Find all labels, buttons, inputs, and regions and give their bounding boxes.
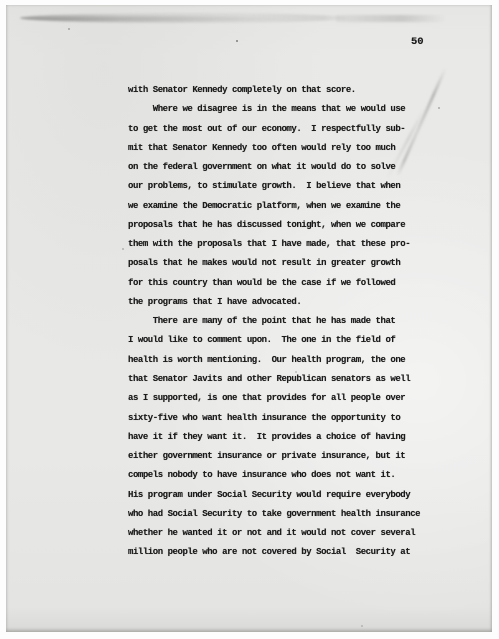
scan-speck [438,107,440,109]
text-line: sixty-five who want health insurance the… [128,409,420,428]
text-line: proposals that he has discussed tonight,… [128,216,420,235]
text-line: mit that Senator Kennedy too often would… [128,139,420,158]
text-line: for this country than would be the case … [128,274,420,293]
page-number: 50 [411,36,424,48]
text-line: compels nobody to have insurance who doe… [128,466,420,485]
text-line: that Senator Javits and other Republican… [128,370,420,389]
text-line: health is worth mentioning. Our health p… [128,351,420,370]
scan-speck [361,625,363,627]
text-line: on the federal government on what it wou… [128,158,420,177]
scan-smudge-top-right [336,15,446,22]
scan-smudge-top [20,13,350,23]
scan-speck [122,248,124,250]
scanned-document: 50 with Senator Kennedy completely on th… [0,0,499,639]
text-line: the programs that I have advocated. [128,293,420,312]
text-line: Where we disagree is in the means that w… [128,100,420,119]
text-line: who had Social Security to take governme… [128,505,420,524]
text-line: as I supported, is one that provides for… [128,389,420,408]
scan-speck [236,40,238,42]
text-line: have it if they want it. It provides a c… [128,428,420,447]
text-line: either government insurance or private i… [128,447,420,466]
text-line: million people who are not covered by So… [128,543,420,562]
text-line: His program under Social Security would … [128,486,420,505]
text-line: I would like to comment upon. The one in… [128,331,420,350]
text-line: with Senator Kennedy completely on that … [128,81,420,100]
text-line: posals that he makes would not result in… [128,254,420,273]
scan-speck [68,28,70,30]
scanned-page: 50 with Senator Kennedy completely on th… [6,5,492,632]
text-line: we examine the Democratic platform, when… [128,197,420,216]
text-line: whether he wanted it or not and it would… [128,524,420,543]
text-line: There are many of the point that he has … [128,312,420,331]
text-line: to get the most out of our economy. I re… [128,120,420,139]
typewritten-text-block: with Senator Kennedy completely on that … [128,81,420,563]
text-line: them with the proposals that I have made… [128,235,420,254]
text-line: our problems, to stimulate growth. I bel… [128,177,420,196]
